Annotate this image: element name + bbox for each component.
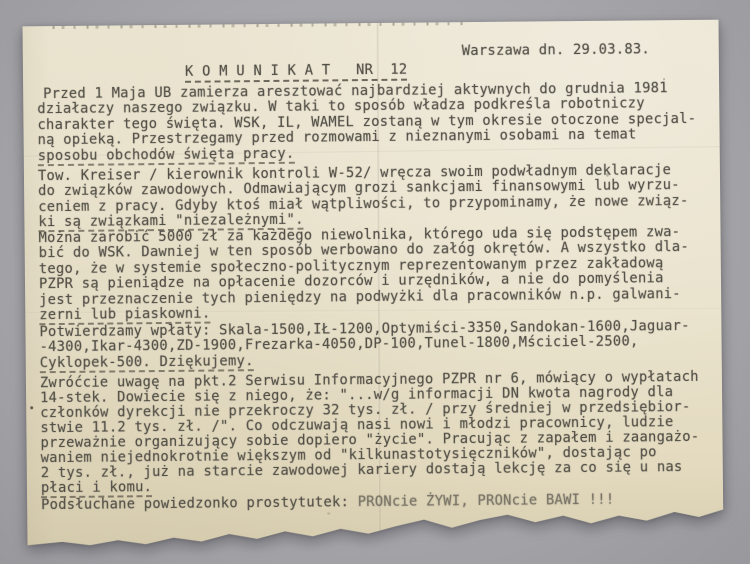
dateline: Warszawa dn. 29.03.83. — [462, 41, 650, 59]
paper-sheet: Warszawa dn. 29.03.83. K O M U N I K A T… — [23, 20, 724, 547]
underlined-text: sposobu obchodów święta pracy. — [38, 145, 295, 165]
footer-slogan: PRONcie ŻYWI, PRONcie BAWI !!! — [358, 492, 615, 510]
paragraph-3: Można zarobić 5000 zł za każdego niewoln… — [38, 225, 719, 324]
document-content: Warszawa dn. 29.03.83. K O M U N I K A T… — [23, 20, 724, 547]
paragraph-5: Zwróćcie uwagę na pkt.2 Serwisu Informac… — [40, 370, 721, 497]
document-paper: Warszawa dn. 29.03.83. K O M U N I K A T… — [23, 20, 724, 547]
paragraph-2: Tow. Kreiser / kierownik kontroli W-52/ … — [38, 163, 719, 231]
photo-background: Warszawa dn. 29.03.83. K O M U N I K A T… — [0, 0, 750, 564]
footer-prefix: Podsłuchane powiedzonko prostytutek: — [41, 494, 358, 513]
document-title-text: K O M U N I K A T NR 12 — [185, 62, 408, 83]
paragraph-4: Potwierdzamy wpłaty: Skala-1500,IŁ-1200,… — [39, 319, 719, 372]
underlined-text: Cyklopek-500. Dziękujemy. — [40, 353, 254, 373]
paragraph-1: Przed 1 Maja UB zamierza aresztować najb… — [37, 81, 718, 165]
document-title: K O M U N I K A T NR 12 — [185, 62, 408, 80]
